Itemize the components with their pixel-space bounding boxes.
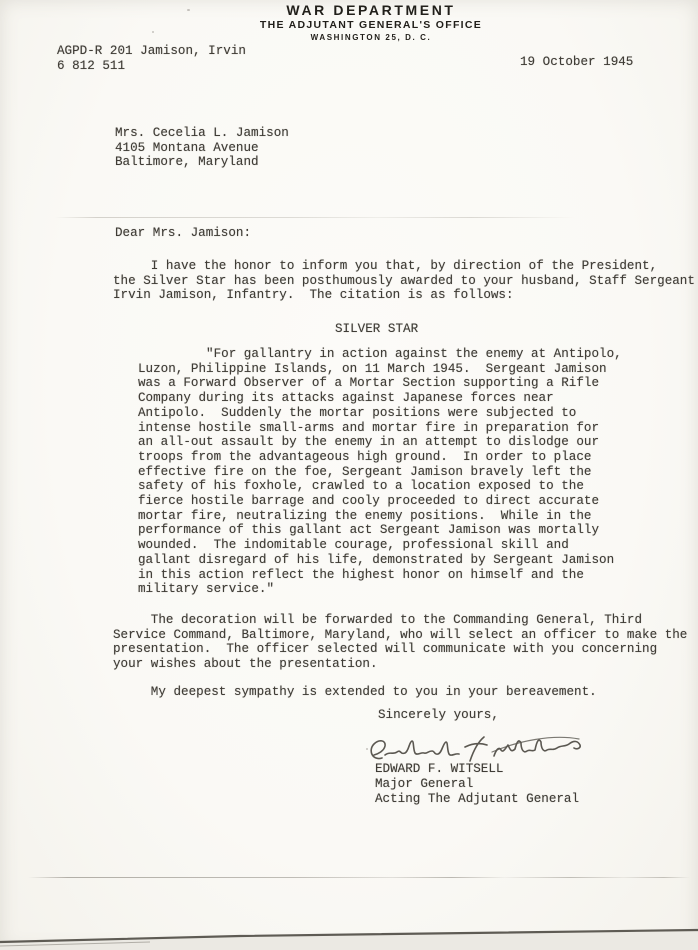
body-paragraph-2: The decoration will be forwarded to the …: [113, 613, 687, 671]
citation-text: "For gallantry in action against the ene…: [138, 347, 622, 597]
citation-heading: SILVER STAR: [335, 322, 418, 337]
salutation: Dear Mrs. Jamison:: [115, 226, 251, 241]
body-paragraph-3: My deepest sympathy is extended to you i…: [113, 685, 597, 700]
body-paragraph-1: I have the honor to inform you that, by …: [113, 259, 695, 303]
valediction: Sincerely yours,: [378, 708, 499, 723]
scan-speck: [366, 748, 368, 750]
signer-rank: Major General: [375, 777, 473, 792]
scan-speck: [152, 31, 154, 33]
scan-speck: [187, 9, 190, 11]
recipient-address: Mrs. Cecelia L. Jamison 4105 Montana Ave…: [115, 126, 289, 170]
file-reference: AGPD-R 201 Jamison, Irvin 6 812 511: [57, 44, 246, 73]
letter-date: 19 October 1945: [520, 55, 633, 70]
letterhead-department: WAR DEPARTMENT: [44, 2, 698, 18]
letterhead-office: THE ADJUTANT GENERAL'S OFFICE: [44, 19, 698, 31]
letterhead-city: WASHINGTON 25, D. C.: [44, 33, 698, 42]
signer-title: Acting The Adjutant General: [375, 792, 579, 807]
scan-crease-lower: [28, 877, 690, 878]
signer-name: EDWARD F. WITSELL: [375, 762, 503, 777]
scan-crease-upper: [55, 217, 575, 218]
paper-bottom-edge: [0, 926, 698, 950]
letter-page: WAR DEPARTMENT THE ADJUTANT GENERAL'S OF…: [0, 0, 698, 950]
